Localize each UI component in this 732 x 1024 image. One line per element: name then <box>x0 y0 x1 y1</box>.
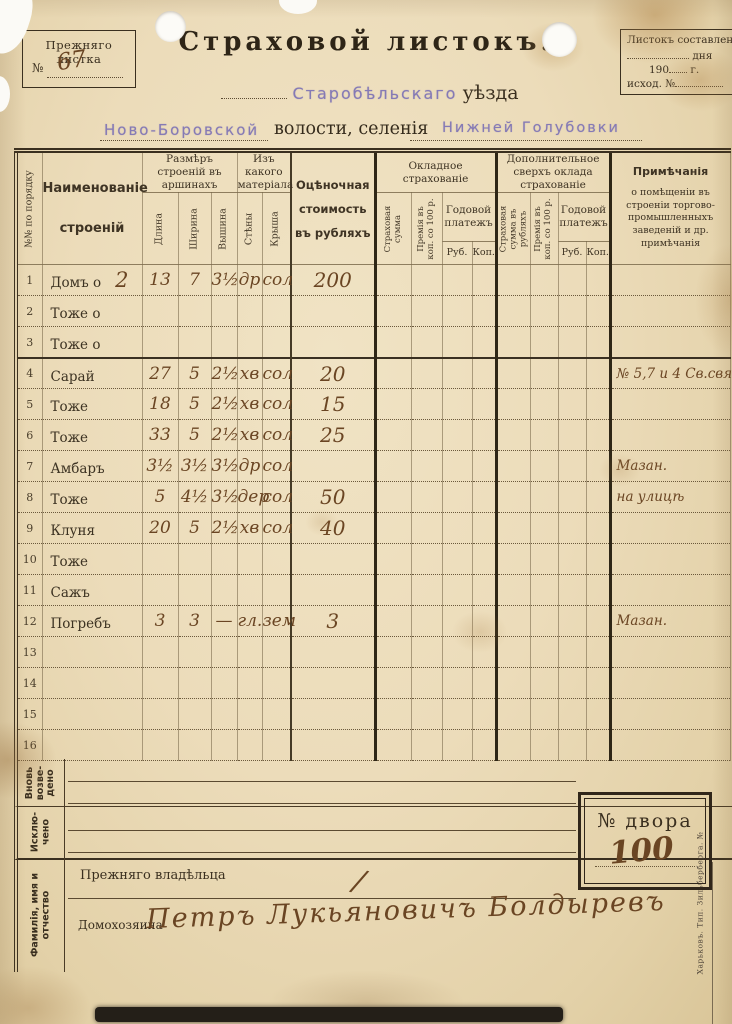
cell-height: 2½ <box>211 513 237 544</box>
cell-walls: хв <box>237 358 262 389</box>
cell-dop-rub <box>558 389 586 420</box>
cell-width <box>178 544 211 575</box>
dotted-line <box>675 76 723 87</box>
building-name-printed: Тоже <box>51 430 89 446</box>
cell-okladnoe-premium <box>411 327 442 358</box>
cell-okladnoe-rub <box>442 730 472 761</box>
cell-cost: 20 <box>291 358 375 389</box>
cell-height: 2½ <box>211 389 237 420</box>
page-title: Страховой листокъ. <box>146 27 586 57</box>
header-premium2: Премія въ коп. со 100 р. <box>530 193 558 265</box>
table-row: 9 Клуня 20 5 2½ хв сол 40 <box>16 513 730 544</box>
composed-label: Листокъ составленъ <box>627 34 732 46</box>
cell-dop-sum <box>496 606 530 637</box>
cell-row-number: 14 <box>16 668 42 699</box>
uyezd-line: Старобѣльскаго уѣзда <box>190 82 550 104</box>
header-rub1: Руб. <box>442 242 472 265</box>
cell-roof: сол <box>262 358 291 389</box>
cell-okladnoe-sum <box>375 544 411 575</box>
cell-height <box>211 544 237 575</box>
excluded-line2: чено <box>41 810 52 854</box>
cell-length <box>142 296 178 327</box>
cell-width: 5 <box>178 420 211 451</box>
cell-dop-kop <box>586 575 610 606</box>
header-walls: Стѣны <box>237 193 262 265</box>
cell-row-number: 8 <box>16 482 42 513</box>
cell-dop-kop <box>586 637 610 668</box>
cell-okladnoe-rub <box>442 327 472 358</box>
cell-dop-rub <box>558 699 586 730</box>
cell-dop-premium <box>530 358 558 389</box>
dotted-line <box>627 48 689 59</box>
cell-dop-sum <box>496 513 530 544</box>
cell-row-number: 3 <box>16 327 42 358</box>
cell-building-name <box>42 730 142 761</box>
cell-note <box>610 420 730 451</box>
header-okladnoe-group: Окладное страхованіе <box>375 151 496 193</box>
cell-cost: 200 <box>291 265 375 296</box>
cell-building-name: Тоже <box>42 482 142 513</box>
cell-building-name <box>42 637 142 668</box>
cell-okladnoe-kop <box>472 668 496 699</box>
outgoing-label: исход. № <box>627 78 675 90</box>
cell-cost <box>291 699 375 730</box>
cell-height <box>211 730 237 761</box>
cell-height <box>211 575 237 606</box>
cell-width: 3½ <box>178 451 211 482</box>
cell-cost: 40 <box>291 513 375 544</box>
building-name-printed: Тоже о <box>51 337 101 353</box>
cell-height: 3½ <box>211 482 237 513</box>
cell-walls: хв <box>237 420 262 451</box>
cell-row-number: 6 <box>16 420 42 451</box>
cell-row-number: 13 <box>16 637 42 668</box>
cell-cost <box>291 327 375 358</box>
cell-row-number: 9 <box>16 513 42 544</box>
cell-dop-sum <box>496 420 530 451</box>
header-height: Вышина <box>211 193 237 265</box>
cell-note <box>610 699 730 730</box>
header-kop1: Коп. <box>472 242 496 265</box>
volost-stamp: Ново-Боровской <box>104 121 259 139</box>
cell-width <box>178 296 211 327</box>
header-notes-subtitle: о помѣщеніи въ строеніи торгово-промышле… <box>612 187 730 251</box>
cell-height <box>211 327 237 358</box>
uyezd-stamp: Старобѣльскаго <box>292 84 457 103</box>
header-notes: Примѣчанія о помѣщеніи въ строеніи торго… <box>610 151 730 265</box>
building-name-printed: Погребъ <box>51 616 111 632</box>
dotted-line <box>100 140 268 141</box>
table-row: 3 Тоже о <box>16 327 730 358</box>
cell-row-number: 11 <box>16 575 42 606</box>
cell-okladnoe-rub <box>442 606 472 637</box>
cell-okladnoe-sum <box>375 296 411 327</box>
cell-row-number: 2 <box>16 296 42 327</box>
cell-roof <box>262 730 291 761</box>
cell-okladnoe-premium <box>411 296 442 327</box>
cell-dop-premium <box>530 730 558 761</box>
cell-width <box>178 699 211 730</box>
cell-cost <box>291 544 375 575</box>
cell-roof: сол <box>262 513 291 544</box>
torn-edge <box>0 76 10 112</box>
header-roof: Крыша <box>262 193 291 265</box>
table-row: 13 <box>16 637 730 668</box>
cell-dop-premium <box>530 389 558 420</box>
cell-width <box>178 637 211 668</box>
cell-cost <box>291 637 375 668</box>
cell-okladnoe-kop <box>472 327 496 358</box>
cell-width: 3 <box>178 606 211 637</box>
cell-dop-rub <box>558 482 586 513</box>
table-row: 1 Домъ о2 13 7 3½ др сол 200 <box>16 265 730 296</box>
cell-roof <box>262 575 291 606</box>
table-row: 14 <box>16 668 730 699</box>
cell-okladnoe-kop <box>472 606 496 637</box>
header-dop-group: Дополнительное сверхъ оклада страхованіе <box>496 151 610 193</box>
building-name-printed: Тоже <box>51 399 89 415</box>
cell-building-name: Домъ о2 <box>42 265 142 296</box>
cell-cost: 25 <box>291 420 375 451</box>
cell-dop-sum <box>496 482 530 513</box>
cell-cost <box>291 575 375 606</box>
cell-dop-kop <box>586 606 610 637</box>
cell-width: 5 <box>178 513 211 544</box>
cell-dop-rub <box>558 606 586 637</box>
table-header: №№ по порядку Наименованіе строеній Разм… <box>16 151 730 265</box>
cell-dop-premium <box>530 327 558 358</box>
cell-length <box>142 637 178 668</box>
cell-width: 4½ <box>178 482 211 513</box>
dotted-line <box>669 62 687 73</box>
cell-length <box>142 699 178 730</box>
header-row-number: №№ по порядку <box>16 151 42 265</box>
table-row: 16 <box>16 730 730 761</box>
cell-width: 5 <box>178 389 211 420</box>
cell-walls: др <box>237 265 262 296</box>
cell-dop-premium <box>530 544 558 575</box>
building-name-printed: Клуня <box>51 523 95 539</box>
building-name-printed: Домъ о <box>51 275 102 291</box>
cell-width <box>178 575 211 606</box>
cell-width <box>178 327 211 358</box>
cell-length <box>142 327 178 358</box>
cell-row-number: 7 <box>16 451 42 482</box>
cell-roof: сол <box>262 265 291 296</box>
cell-row-number: 5 <box>16 389 42 420</box>
sheet-composed-box: Листокъ составленъ дня 190 г. исход. № <box>620 29 732 95</box>
cell-walls <box>237 730 262 761</box>
header-annual2: Годовой платежъ <box>558 193 610 242</box>
cell-dop-rub <box>558 327 586 358</box>
table-row: 12 Погребъ 3 3 — гл. зем 3 Мазан. <box>16 606 730 637</box>
cell-length: 5 <box>142 482 178 513</box>
cell-note <box>610 544 730 575</box>
cell-dop-rub <box>558 296 586 327</box>
cell-walls: хв <box>237 389 262 420</box>
cell-dop-rub <box>558 265 586 296</box>
cell-length: 3 <box>142 606 178 637</box>
cell-roof: сол <box>262 389 291 420</box>
cell-dop-rub <box>558 668 586 699</box>
cell-building-name: Тоже <box>42 544 142 575</box>
cell-building-name <box>42 668 142 699</box>
cell-width <box>178 730 211 761</box>
cell-walls: дер <box>237 482 262 513</box>
cell-okladnoe-premium <box>411 482 442 513</box>
cell-dop-kop <box>586 296 610 327</box>
document-page: Прежняго листка № 67 Страховой листокъ. … <box>0 0 732 1024</box>
cell-note: Мазан. <box>610 606 730 637</box>
uyezd-label: уѣзда <box>463 82 519 104</box>
newly-built-line3: дено <box>46 761 57 805</box>
cell-height: — <box>211 606 237 637</box>
ruled-line <box>68 830 576 831</box>
cell-building-name: Тоже о <box>42 327 142 358</box>
cell-okladnoe-sum <box>375 358 411 389</box>
cell-height: 2½ <box>211 358 237 389</box>
cell-okladnoe-sum <box>375 327 411 358</box>
dotted-line <box>410 140 642 141</box>
cell-row-number: 1 <box>16 265 42 296</box>
dotted-line <box>595 866 695 867</box>
cell-dop-rub <box>558 513 586 544</box>
table-row: 5 Тоже 18 5 2½ хв сол 15 <box>16 389 730 420</box>
cell-walls <box>237 668 262 699</box>
cell-height: 2½ <box>211 420 237 451</box>
cell-dop-sum <box>496 451 530 482</box>
cell-building-name: Сарай <box>42 358 142 389</box>
cell-roof <box>262 296 291 327</box>
cell-dop-sum <box>496 637 530 668</box>
cell-dop-kop <box>586 358 610 389</box>
cell-walls: гл. <box>237 606 262 637</box>
cell-okladnoe-kop <box>472 389 496 420</box>
family-name-label: Фамилія, имя иотчество <box>18 858 65 972</box>
header-cost: Оцѣночная стоимость въ рубляхъ <box>291 151 375 265</box>
header-notes-title: Примѣчанія <box>612 165 730 179</box>
cell-okladnoe-premium <box>411 575 442 606</box>
cell-dop-premium <box>530 451 558 482</box>
table-row: 15 <box>16 699 730 730</box>
cell-dop-kop <box>586 420 610 451</box>
cell-okladnoe-kop <box>472 575 496 606</box>
cell-note <box>610 637 730 668</box>
table-row: 7 Амбаръ 3½ 3½ 3½ др сол Мазан. <box>16 451 730 482</box>
header-width: Ширина <box>178 193 211 265</box>
cell-height <box>211 637 237 668</box>
building-name-printed: Сарай <box>51 369 95 385</box>
cell-dop-premium <box>530 575 558 606</box>
cell-dop-rub <box>558 358 586 389</box>
ruled-line <box>68 852 576 853</box>
insurance-table-wrap: №№ по порядку Наименованіе строеній Разм… <box>14 148 731 761</box>
cell-okladnoe-premium <box>411 451 442 482</box>
cell-walls <box>237 544 262 575</box>
cell-okladnoe-kop <box>472 544 496 575</box>
cell-okladnoe-kop <box>472 637 496 668</box>
cell-note <box>610 513 730 544</box>
building-name-printed: Тоже <box>51 492 89 508</box>
cell-walls <box>237 296 262 327</box>
cell-walls: др <box>237 451 262 482</box>
cell-height <box>211 296 237 327</box>
cell-okladnoe-kop <box>472 358 496 389</box>
cell-okladnoe-rub <box>442 575 472 606</box>
cell-okladnoe-premium <box>411 389 442 420</box>
cell-okladnoe-kop <box>472 730 496 761</box>
header-material-group: Изъ какого матеріала <box>237 151 291 193</box>
cell-note: № 5,7 и 4 Св.связ <box>610 358 730 389</box>
cell-row-number: 4 <box>16 358 42 389</box>
header-size-group: Размѣръ строеній въ аршинахъ <box>142 151 237 193</box>
cell-okladnoe-premium <box>411 699 442 730</box>
year-suffix: г. <box>690 64 699 76</box>
cell-okladnoe-premium <box>411 637 442 668</box>
excluded-label: Исклю-чено <box>18 806 65 858</box>
header-premium1: Премія въ коп. со 100 р. <box>411 193 442 265</box>
cell-dop-kop <box>586 265 610 296</box>
cell-cost <box>291 730 375 761</box>
header-sum1: Страховая сумма <box>375 193 411 265</box>
cell-okladnoe-premium <box>411 358 442 389</box>
building-name-handwritten: 2 <box>115 268 128 292</box>
cell-okladnoe-kop <box>472 513 496 544</box>
cell-note <box>610 668 730 699</box>
volost-village-label: волости, селенія <box>274 119 428 139</box>
cell-roof: сол <box>262 482 291 513</box>
year-prefix: 190 <box>649 64 669 76</box>
cell-okladnoe-premium <box>411 730 442 761</box>
cell-dop-kop <box>586 389 610 420</box>
cell-okladnoe-kop <box>472 482 496 513</box>
cell-walls <box>237 575 262 606</box>
surname-line2: отчество <box>41 861 52 969</box>
cell-okladnoe-premium <box>411 606 442 637</box>
cell-building-name: Тоже <box>42 420 142 451</box>
cell-cost: 50 <box>291 482 375 513</box>
cell-note <box>610 575 730 606</box>
location-line: Ново-Боровской волости, селенія Нижней Г… <box>0 118 732 146</box>
cell-roof <box>262 699 291 730</box>
cell-dop-sum <box>496 389 530 420</box>
cell-okladnoe-sum <box>375 482 411 513</box>
cell-okladnoe-sum <box>375 389 411 420</box>
cell-dop-premium <box>530 482 558 513</box>
table-row: 2 Тоже о <box>16 296 730 327</box>
cell-length: 13 <box>142 265 178 296</box>
cell-width <box>178 668 211 699</box>
cell-length <box>142 668 178 699</box>
cell-row-number: 15 <box>16 699 42 730</box>
cell-dop-kop <box>586 544 610 575</box>
cell-okladnoe-rub <box>442 637 472 668</box>
table-row: 11 Сажъ <box>16 575 730 606</box>
cell-dop-rub <box>558 575 586 606</box>
cell-dop-sum <box>496 265 530 296</box>
cell-dop-rub <box>558 637 586 668</box>
scan-edge-shadow <box>95 1007 563 1022</box>
cell-walls <box>237 637 262 668</box>
cell-height: 3½ <box>211 265 237 296</box>
cell-cost: 15 <box>291 389 375 420</box>
newly-built-label: Вновьвозве-дено <box>18 759 65 806</box>
cell-okladnoe-sum <box>375 668 411 699</box>
cell-okladnoe-kop <box>472 699 496 730</box>
header-length: Длина <box>142 193 178 265</box>
cell-dop-premium <box>530 265 558 296</box>
cell-note <box>610 265 730 296</box>
cell-roof <box>262 668 291 699</box>
cell-dop-kop <box>586 451 610 482</box>
cell-roof: сол <box>262 451 291 482</box>
ruled-line <box>68 781 576 782</box>
cell-roof: сол <box>262 420 291 451</box>
cell-width: 5 <box>178 358 211 389</box>
cell-dop-sum <box>496 668 530 699</box>
cell-length: 3½ <box>142 451 178 482</box>
cell-building-name: Погребъ <box>42 606 142 637</box>
building-name-printed: Тоже о <box>51 306 101 322</box>
cell-okladnoe-rub <box>442 482 472 513</box>
cell-cost: 3 <box>291 606 375 637</box>
yard-number-inner-border: № двора 100 <box>584 798 706 884</box>
insurance-table: №№ по порядку Наименованіе строеній Разм… <box>14 148 731 761</box>
cell-note <box>610 327 730 358</box>
cell-okladnoe-rub <box>442 668 472 699</box>
building-name-printed: Сажъ <box>51 585 90 601</box>
cell-length: 33 <box>142 420 178 451</box>
cell-dop-sum <box>496 699 530 730</box>
cell-length <box>142 730 178 761</box>
cell-okladnoe-rub <box>442 699 472 730</box>
cell-note: на улицѣ <box>610 482 730 513</box>
vertical-rule <box>712 862 713 1024</box>
cell-dop-sum <box>496 296 530 327</box>
header-kop2: Коп. <box>586 242 610 265</box>
cell-walls <box>237 327 262 358</box>
cell-building-name: Сажъ <box>42 575 142 606</box>
cell-okladnoe-rub <box>442 513 472 544</box>
cell-dop-kop <box>586 327 610 358</box>
punch-hole <box>542 22 577 57</box>
cell-walls <box>237 699 262 730</box>
yard-number-box: № двора 100 <box>578 792 712 890</box>
cell-note <box>610 730 730 761</box>
header-building-name: Наименованіе строеній <box>42 151 142 265</box>
cell-okladnoe-rub <box>442 358 472 389</box>
cell-okladnoe-premium <box>411 420 442 451</box>
previous-sheet-number-handwritten: 67 <box>55 46 88 76</box>
previous-sheet-box: Прежняго листка № 67 <box>22 30 136 88</box>
cell-okladnoe-sum <box>375 730 411 761</box>
cell-dop-kop <box>586 699 610 730</box>
cell-okladnoe-premium <box>411 544 442 575</box>
cell-building-name: Тоже о <box>42 296 142 327</box>
cell-note <box>610 389 730 420</box>
cell-okladnoe-sum <box>375 699 411 730</box>
householder-signature: Петръ Лукьяновичъ Болдыревъ <box>146 884 727 935</box>
cell-dop-premium <box>530 296 558 327</box>
cell-dop-sum <box>496 327 530 358</box>
cell-dop-kop <box>586 482 610 513</box>
cell-cost <box>291 296 375 327</box>
cell-walls: хв <box>237 513 262 544</box>
cell-okladnoe-rub <box>442 544 472 575</box>
building-name-printed: Амбаръ <box>51 461 105 477</box>
cell-okladnoe-kop <box>472 451 496 482</box>
cell-okladnoe-kop <box>472 296 496 327</box>
